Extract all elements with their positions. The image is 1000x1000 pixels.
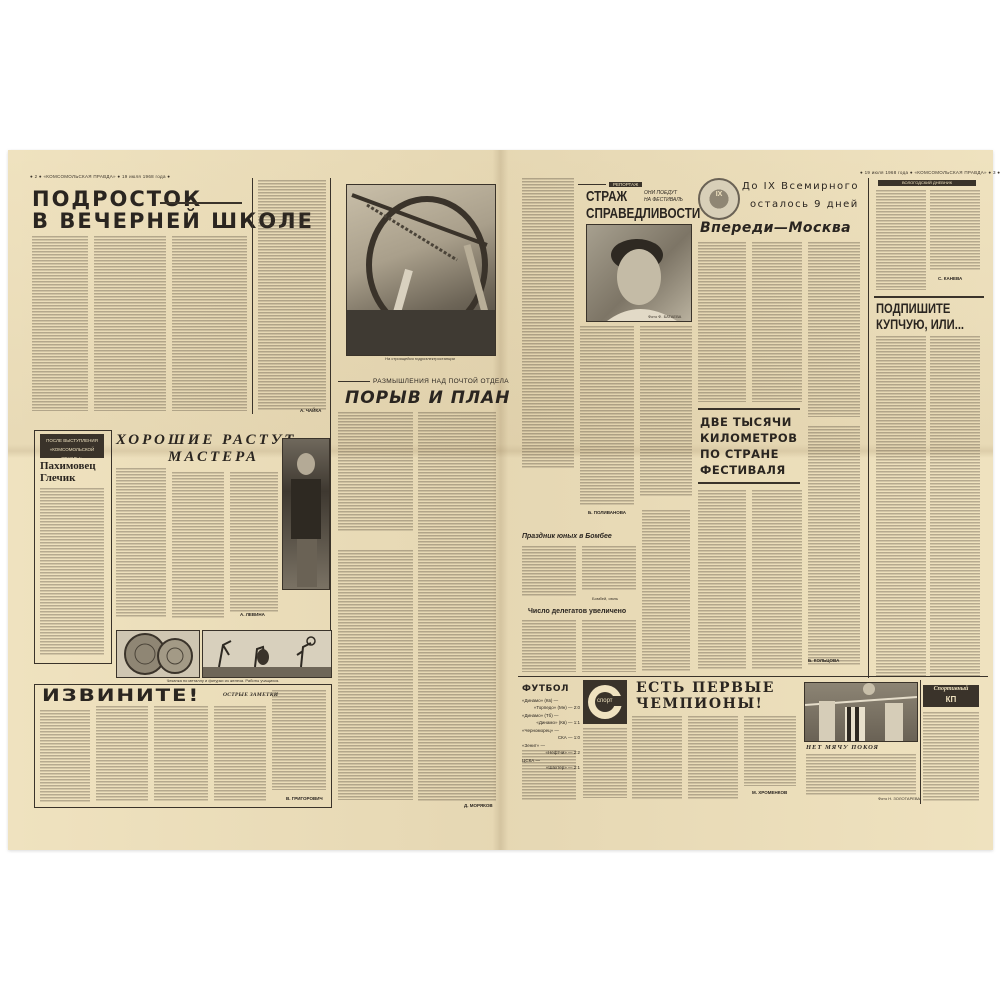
signature-moryakov: Д. МОРЯКОВ — [464, 803, 493, 808]
article-text-column — [930, 190, 980, 270]
article-text-column — [338, 550, 413, 800]
article-text-column — [876, 190, 926, 290]
article-text-column — [808, 426, 860, 666]
volleyball-photo-credit: Фото Н. ЗОЛОТАРЕВА — [878, 796, 920, 801]
signature-koltsova: Б. КОЛЬЦОВА — [808, 658, 839, 663]
sorry-kicker: ОСТРЫЕ ЗАМЕТКИ — [223, 692, 278, 698]
article-text-column — [214, 706, 266, 802]
article-text-column — [632, 716, 682, 800]
headline-pakhimovets: Пахимовец Глечик — [40, 460, 96, 484]
signature-grigorovich: В. ГРИГОРОВИЧ — [286, 796, 323, 801]
volleyball-photo — [804, 682, 918, 742]
guardian-portrait-photo — [586, 224, 692, 322]
construction-photo — [346, 184, 496, 356]
signature-polivanova: Б. ПОЛИВАНОВА — [588, 510, 626, 515]
article-text-column — [582, 620, 636, 672]
headline-masters: ХОРОШИЕ РАСТУТ МАСТЕРА — [116, 432, 296, 466]
festival-emblem: IX — [698, 178, 740, 220]
signature-levina: А. ЛЕВИНА — [240, 612, 265, 617]
football-heading: ФУТБОЛ — [522, 684, 569, 694]
article-text-column — [923, 712, 979, 802]
article-text-column — [32, 236, 88, 411]
headline-first-champions: ЕСТЬ ПЕРВЫЕ ЧЕМПИОНЫ! — [636, 680, 775, 712]
iron-figures-illustration — [203, 631, 331, 677]
craftsman-photo — [282, 438, 330, 590]
article-text-column — [930, 336, 980, 676]
article-text-column — [752, 490, 802, 670]
guardian-kicker: РЕПОРТАЖ — [609, 182, 642, 187]
article-text-column — [230, 472, 278, 612]
article-text-column — [688, 716, 738, 800]
article-text-column — [640, 326, 692, 496]
headline-forward-moscow: Впереди—Москва — [700, 220, 851, 236]
article-text-column — [744, 716, 796, 786]
article-text-column — [172, 236, 247, 411]
reflections-kicker: РАЗМЫШЛЕНИЯ НАД ПОЧТОЙ ОТДЕЛА — [373, 378, 509, 385]
article-text-column — [96, 706, 148, 802]
football-result-row: «Черноморец» —СКА — 1:0 — [522, 728, 580, 741]
festival-countdown: До IX Всемирного осталось 9 дней — [742, 178, 859, 214]
sport-kp-logo: Спортивный КП — [923, 685, 979, 707]
construction-photo-illustration — [347, 185, 495, 355]
headline-sorry: ИЗВИНИТЕ! — [42, 686, 200, 706]
metal-plates-photo — [116, 630, 200, 678]
article-text-column — [522, 178, 574, 468]
volleyball-illustration — [805, 683, 917, 741]
article-text-column — [808, 242, 860, 417]
football-result-row: «Динамо» (Кв) —«Торпедо» (Мн) — 2:0 — [522, 698, 580, 711]
headline-rule — [160, 202, 242, 204]
article-text-column — [806, 754, 916, 796]
subscribe-kicker: ВОЛОГОДСКИЙ ДНЕВНИК — [878, 180, 976, 186]
article-text-column — [522, 750, 576, 800]
sport-logo: спорт — [583, 680, 627, 724]
football-result-row: «Динамо» (Тб) —«Динамо» (Кв) — 1:1 — [522, 713, 580, 726]
headline-teen-line1: ПОДРОСТОК — [32, 188, 202, 210]
article-text-column — [522, 546, 576, 596]
article-text-column — [338, 412, 413, 532]
sport-logo-label: спорт — [597, 696, 627, 706]
headline-bombay: Праздник юных в Бомбее — [522, 533, 612, 540]
headline-volleyball: НЕТ МЯЧУ ПОКОЯ — [806, 744, 879, 751]
article-text-column — [752, 242, 802, 402]
article-text-column — [583, 728, 627, 798]
article-text-column — [116, 468, 166, 618]
after-speech-kicker: ПОСЛЕ ВЫСТУПЛЕНИЯ «КОМСОМОЛЬСКОЙ ПРАВДЫ» — [40, 434, 104, 458]
signature-chaika: А. ЧАЙКА — [300, 408, 321, 413]
guardian-photo-credit: Фото Ф. БАТАЕВА — [648, 314, 681, 319]
football-away-team-score: СКА — 1:0 — [522, 735, 580, 742]
construction-photo-caption: На строящейся гидроэлектростанции — [346, 356, 494, 361]
portrait-illustration — [587, 225, 691, 321]
headline-subscribe: ПОДПИШИТЕ КУПЧУЮ, ИЛИ... — [876, 300, 964, 332]
article-text-column — [40, 488, 104, 656]
article-text-column — [876, 336, 926, 676]
signature-kaneva: С. КАНЕВА — [938, 276, 962, 281]
article-text-column — [40, 710, 90, 802]
craftsman-photo-illustration — [283, 439, 329, 589]
article-text-column — [522, 620, 576, 672]
guardian-subtitle: ОНИ ПОЕДУТ НА ФЕСТИВАЛЬ — [644, 190, 683, 204]
headline-delegates: Число делегатов увеличено — [528, 608, 626, 615]
left-page-folio: ● 2 ● «КОМСОМОЛЬСКАЯ ПРАВДА» ● 19 июля 1… — [30, 174, 170, 179]
article-text-column — [272, 690, 326, 790]
signature-khromenkov: М. ХРОМЕНКОВ — [752, 790, 787, 795]
football-away-team-score: «Торпедо» (Мн) — 2:0 — [522, 705, 580, 712]
masters-caption: Чеканка по металлу и фигурки из железа. … — [116, 678, 330, 683]
festival-emblem-label: IX — [700, 191, 738, 198]
article-text-column — [258, 180, 326, 410]
article-text-column — [154, 706, 208, 802]
article-text-column — [698, 242, 746, 402]
article-text-column — [172, 472, 224, 618]
iron-figures-photo — [202, 630, 332, 678]
metal-plates-illustration — [117, 631, 199, 677]
article-text-column — [418, 412, 496, 802]
article-text-column — [582, 546, 636, 590]
article-text-column — [642, 510, 690, 672]
article-text-column — [94, 236, 166, 411]
football-away-team-score: «Динамо» (Кв) — 1:1 — [522, 720, 580, 727]
bombay-dateline: Бомбей, июль — [592, 596, 618, 601]
right-page-folio: ● 19 июля 1968 года ● «КОМСОМОЛЬСКАЯ ПРА… — [860, 170, 1000, 175]
article-text-column — [698, 490, 746, 670]
headline-two-thousand-km: ДВЕ ТЫСЯЧИ КИЛОМЕТРОВ ПО СТРАНЕ ФЕСТИВАЛ… — [700, 414, 797, 478]
newspaper-spread: ● 2 ● «КОМСОМОЛЬСКАЯ ПРАВДА» ● 19 июля 1… — [8, 150, 993, 850]
headline-reflections: ПОРЫВ И ПЛАН — [345, 388, 511, 408]
article-text-column — [580, 326, 634, 506]
